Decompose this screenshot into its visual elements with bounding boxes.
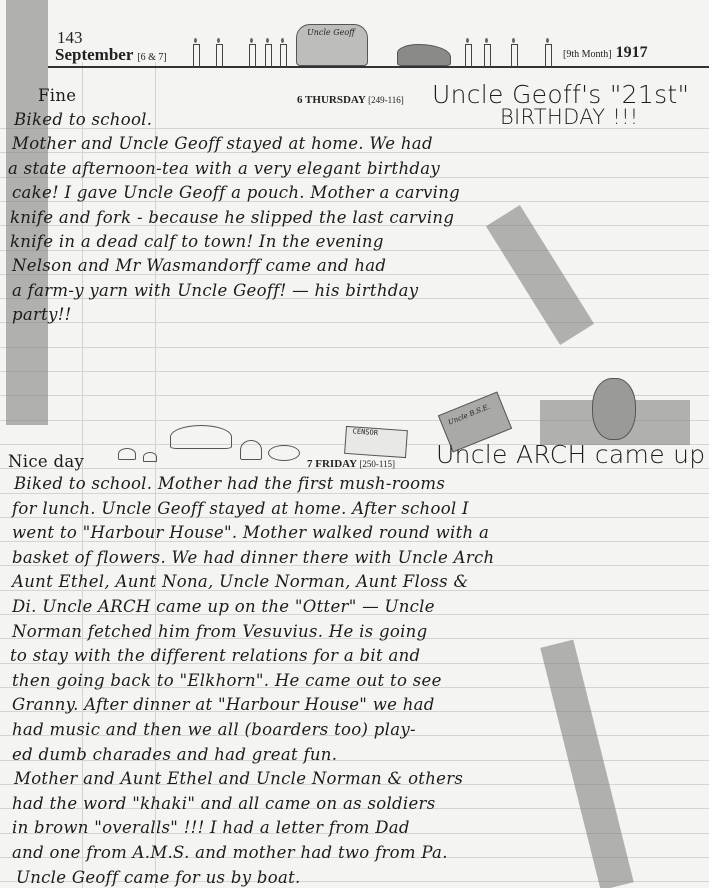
cake-sketch: Uncle Geoff (296, 24, 368, 66)
candle-sketch (265, 44, 272, 67)
handwritten-line: knife in a dead calf to town! In the eve… (10, 232, 384, 251)
day-counts: [250-115] (359, 459, 395, 469)
tape-strip (540, 640, 633, 888)
handwritten-line: party!! (12, 305, 72, 324)
handwritten-line: cake! I gave Uncle Geoff a pouch. Mother… (12, 183, 460, 202)
year: 1917 (616, 44, 648, 61)
pouch-sketch (397, 44, 451, 66)
ruled-line (0, 371, 709, 372)
handwritten-line: ed dumb charades and had great fun. (12, 745, 337, 764)
year-block: [9th Month] 1917 (563, 44, 648, 62)
handwritten-line: Norman fetched him from Vesuvius. He is … (12, 622, 427, 641)
handwritten-line: knife and fork - because he slipped the … (10, 208, 454, 227)
candle-sketch (216, 44, 223, 67)
handwritten-line: basket of flowers. We had dinner there w… (12, 548, 494, 567)
handwritten-line: Nelson and Mr Wasmandorff came and had (12, 256, 386, 275)
day-name: 6 THURSDAY (297, 94, 365, 106)
weather-note: Nice day (8, 452, 84, 471)
candle-sketch (193, 44, 200, 67)
entry-heading: BIRTHDAY !!! (500, 105, 639, 129)
diary-page: 143 September [6 & 7] [9th Month] 1917 U… (0, 0, 709, 888)
handwritten-line: Mother and Uncle Geoff stayed at home. W… (12, 134, 433, 153)
handwritten-line: a state afternoon-tea with a very elegan… (8, 159, 440, 178)
candle-sketch (545, 44, 552, 67)
weather-note: Fine (38, 86, 76, 105)
handwritten-line: to stay with the different relations for… (10, 646, 420, 665)
month-name: September (55, 45, 133, 64)
handwritten-line: Biked to school. Mother had the first mu… (14, 474, 445, 493)
handwritten-line: Granny. After dinner at "Harbour House" … (12, 695, 435, 714)
ruled-line (0, 493, 709, 494)
handwritten-line: had the word "khaki" and all came on as … (12, 794, 435, 813)
mushroom-sketch (268, 445, 300, 461)
ruled-line (0, 322, 709, 323)
month-index: [9th Month] (563, 49, 612, 60)
ruled-line (0, 347, 709, 348)
handwritten-line: Di. Uncle ARCH came up on the "Otter" — … (12, 597, 435, 616)
entry-heading: Uncle ARCH came up (436, 440, 705, 469)
day-name: 7 FRIDAY (307, 458, 357, 470)
handwritten-line: Uncle Geoff came for us by boat. (16, 868, 301, 887)
header-rule (48, 66, 709, 68)
days-range: [6 & 7] (137, 52, 166, 63)
parcel-sketch: CENSOR (344, 426, 408, 458)
tape-strip (486, 205, 594, 345)
day-label: 7 FRIDAY [250-115] (307, 458, 395, 470)
candle-sketch (511, 44, 518, 67)
handwritten-line: for lunch. Uncle Geoff stayed at home. A… (12, 499, 469, 518)
mushroom-sketch (170, 425, 232, 449)
portrait-sketch (592, 378, 636, 440)
candle-sketch (280, 44, 287, 67)
mushroom-sketch (143, 452, 157, 462)
handwritten-line: Biked to school. (14, 110, 152, 129)
handwritten-line: a farm-y yarn with Uncle Geoff! — his bi… (12, 281, 418, 300)
day-label: 6 THURSDAY [249-116] (297, 94, 404, 106)
mushroom-sketch (240, 440, 262, 460)
handwritten-line: and one from A.M.S. and mother had two f… (12, 843, 448, 862)
parcel-label: Uncle B.S.E. (447, 403, 491, 427)
handwritten-line: Aunt Ethel, Aunt Nona, Uncle Norman, Aun… (12, 572, 468, 591)
parcel-label: CENSOR (352, 427, 378, 437)
day-counts: [249-116] (368, 95, 404, 105)
month-title: September [6 & 7] (55, 45, 167, 65)
candle-sketch (484, 44, 491, 67)
mushroom-sketch (118, 448, 136, 460)
handwritten-line: then going back to "Elkhorn". He came ou… (12, 671, 442, 690)
handwritten-line: in brown "overalls" !!! I had a letter f… (12, 818, 410, 837)
handwritten-line: had music and then we all (boarders too)… (12, 720, 416, 739)
candle-sketch (249, 44, 256, 67)
cake-label: Uncle Geoff (307, 28, 355, 37)
handwritten-line: went to "Harbour House". Mother walked r… (12, 523, 489, 542)
candle-sketch (465, 44, 472, 67)
handwritten-line: Mother and Aunt Ethel and Uncle Norman &… (14, 769, 463, 788)
